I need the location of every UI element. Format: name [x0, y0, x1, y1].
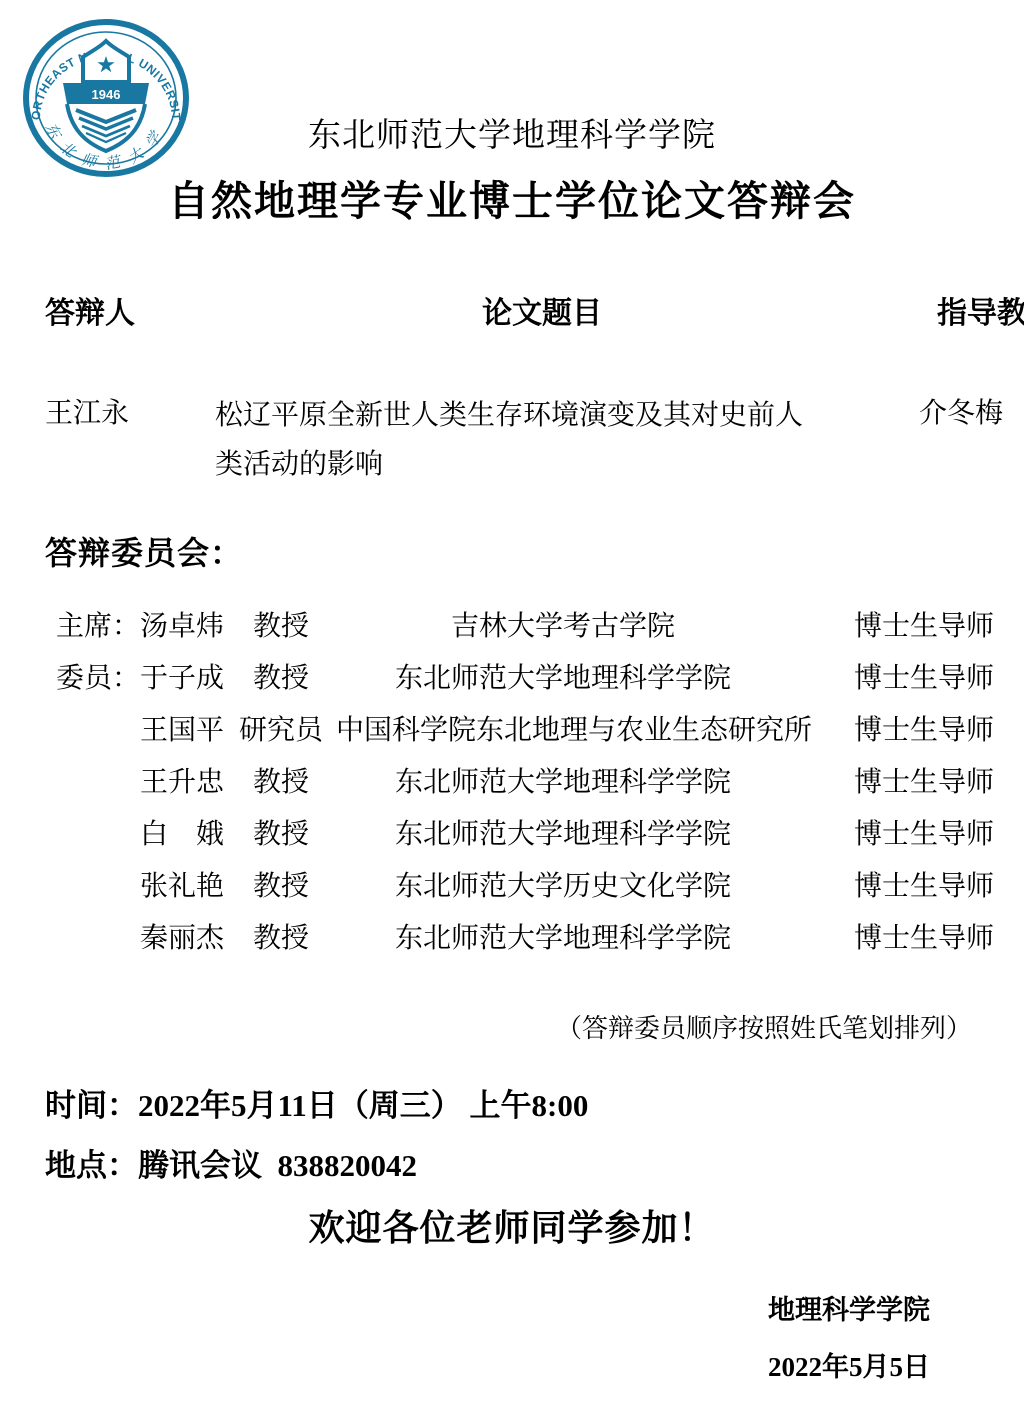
- member-qualification: 博士生导师: [790, 653, 994, 705]
- member-qualification: 博士生导师: [790, 705, 994, 757]
- committee-row: 主席： 汤卓炜 教授 吉林大学考古学院 博士生导师: [0, 601, 1024, 653]
- committee-row: 王国平 研究员 中国科学院东北地理与农业生态研究所 博士生导师: [0, 705, 1024, 757]
- member-role: [56, 705, 140, 757]
- member-title: 教授: [226, 861, 336, 913]
- member-qualification: 博士生导师: [790, 861, 994, 913]
- member-qualification: 博士生导师: [790, 809, 994, 861]
- member-title: 教授: [226, 653, 336, 705]
- committee-row: 白 娥 教授 东北师范大学地理科学学院 博士生导师: [0, 809, 1024, 861]
- time-value: 2022年5月11日（周三） 上午8:00: [138, 1088, 588, 1123]
- member-qualification: 博士生导师: [790, 913, 994, 965]
- member-role: [56, 757, 140, 809]
- member-name: 于子成: [140, 653, 226, 705]
- signature-date: 2022年5月5日: [0, 1345, 930, 1384]
- member-affiliation: 东北师范大学地理科学学院: [336, 809, 790, 861]
- committee-heading: 答辩委员会：: [45, 528, 243, 574]
- committee-row: 张礼艳 教授 东北师范大学历史文化学院 博士生导师: [0, 861, 1024, 913]
- time-line: 时间：2022年5月11日（周三） 上午8:00: [45, 1080, 588, 1125]
- committee-row: 秦丽杰 教授 东北师范大学地理科学学院 博士生导师: [0, 913, 1024, 965]
- member-affiliation: 东北师范大学地理科学学院: [336, 653, 790, 705]
- organization-name: 东北师范大学地理科学学院: [0, 109, 1024, 156]
- ordering-note: （答辩委员顺序按照姓氏笔划排列）: [0, 1008, 1024, 1045]
- member-name: 王升忠: [140, 757, 226, 809]
- university-logo: NORTHEAST NORMAL UNIVERSITY 东北师范大学 1946: [16, 12, 196, 184]
- member-affiliation: 吉林大学考古学院: [336, 601, 790, 653]
- member-role: 主席：: [56, 601, 140, 653]
- thesis-title: 松辽平原全新世人类生存环境演变及其对史前人类活动的影响: [215, 391, 815, 489]
- header-supervisor: 指导教师: [869, 288, 1024, 332]
- committee-row: 委员： 于子成 教授 东北师范大学地理科学学院 博士生导师: [0, 653, 1024, 705]
- member-affiliation: 东北师范大学地理科学学院: [336, 757, 790, 809]
- signature-block: 地理科学学院 2022年5月5日: [0, 1288, 1024, 1384]
- member-role: [56, 913, 140, 965]
- defense-table-header: 答辩人 论文题目 指导教师: [0, 288, 1024, 332]
- member-affiliation: 中国科学院东北地理与农业生态研究所: [336, 705, 790, 757]
- member-title: 教授: [226, 809, 336, 861]
- member-title: 研究员: [226, 705, 336, 757]
- member-name: 白 娥: [140, 809, 226, 861]
- supervisor-name: 介冬梅: [815, 391, 1015, 431]
- member-title: 教授: [226, 601, 336, 653]
- member-title: 教授: [226, 913, 336, 965]
- announcement-page: NORTHEAST NORMAL UNIVERSITY 东北师范大学 1946 …: [0, 0, 1024, 1425]
- member-affiliation: 东北师范大学历史文化学院: [336, 861, 790, 913]
- member-name: 汤卓炜: [140, 601, 226, 653]
- member-role: [56, 809, 140, 861]
- committee-row: 王升忠 教授 东北师范大学地理科学学院 博士生导师: [0, 757, 1024, 809]
- member-qualification: 博士生导师: [790, 601, 994, 653]
- member-name: 秦丽杰: [140, 913, 226, 965]
- time-label: 时间：: [45, 1088, 138, 1123]
- header-thesis: 论文题目: [215, 288, 869, 332]
- committee-list: 主席： 汤卓炜 教授 吉林大学考古学院 博士生导师 委员： 于子成 教授 东北师…: [0, 601, 1024, 965]
- logo-year: 1946: [92, 87, 121, 102]
- member-name: 王国平: [140, 705, 226, 757]
- member-affiliation: 东北师范大学地理科学学院: [336, 913, 790, 965]
- place-value: 腾讯会议 838820042: [138, 1148, 417, 1183]
- member-title: 教授: [226, 757, 336, 809]
- place-line: 地点：腾讯会议 838820042: [45, 1140, 417, 1185]
- page-title: 自然地理学专业博士学位论文答辩会: [0, 168, 1024, 227]
- member-name: 张礼艳: [140, 861, 226, 913]
- place-label: 地点：: [45, 1148, 138, 1183]
- defense-row: 王江永 松辽平原全新世人类生存环境演变及其对史前人类活动的影响 介冬梅: [0, 391, 1024, 489]
- member-role: 委员：: [56, 653, 140, 705]
- member-role: [56, 861, 140, 913]
- header-defender: 答辩人: [45, 288, 215, 332]
- defender-name: 王江永: [45, 391, 215, 431]
- signature-org: 地理科学学院: [0, 1288, 930, 1327]
- member-qualification: 博士生导师: [790, 757, 994, 809]
- welcome-message: 欢迎各位老师同学参加！: [0, 1200, 1024, 1251]
